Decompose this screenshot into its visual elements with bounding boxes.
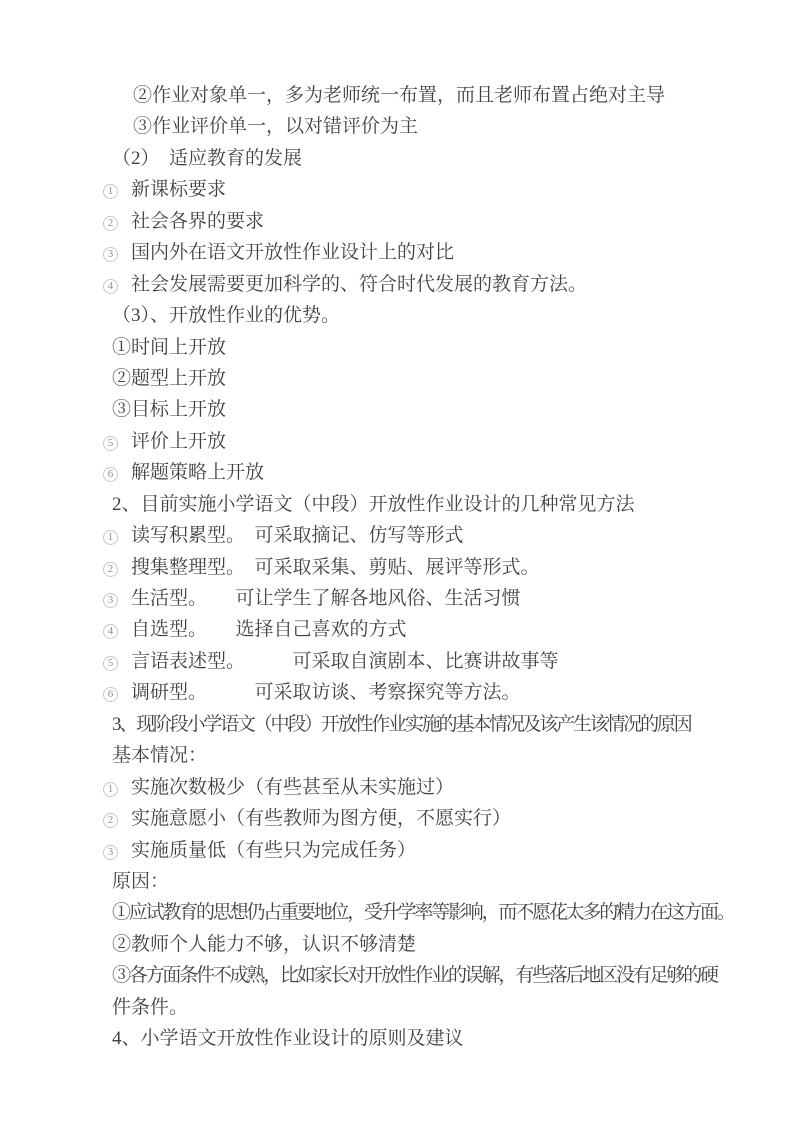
list-item-text: 搜集整理型。 可采取采集、剪贴、展评等形式。 xyxy=(131,557,540,578)
text-line: ②题型上开放 xyxy=(0,363,793,394)
list-item-line: 2搜集整理型。 可采取采集、剪贴、展评等形式。 xyxy=(0,552,793,583)
circled-number-marker: 6 xyxy=(103,467,118,482)
list-item-line: 3实施质量低（有些只为完成任务） xyxy=(0,835,793,866)
list-item-line: 5评价上开放 xyxy=(0,426,793,457)
list-item-text: 评价上开放 xyxy=(131,431,226,452)
list-item-text: 社会发展需要更加科学的、符合时代发展的教育方法。 xyxy=(131,274,587,295)
list-item-text: 实施意愿小（有些教师为图方便，不愿实行） xyxy=(131,808,511,829)
list-item-text: 新课标要求 xyxy=(131,179,226,200)
text-line: ③作业评价单一，以对错评价为主 xyxy=(0,111,793,142)
circled-number-marker: 2 xyxy=(103,562,118,577)
list-item-line: 6调研型。 可采取访谈、考察探究等方法。 xyxy=(0,677,793,708)
list-item-line: 5言语表述型。 可采取自演剧本、比赛讲故事等 xyxy=(0,646,793,677)
list-item-text: 生活型。 可让学生了解各地风俗、生活习惯 xyxy=(131,588,521,609)
circled-number-marker: 3 xyxy=(103,845,118,860)
text-line: ②作业对象单一，多为老师统一布置，而且老师布置占绝对主导 xyxy=(0,80,793,111)
list-item-text: 解题策略上开放 xyxy=(131,462,264,483)
text-line: 4、小学语文开放性作业设计的原则及建议 xyxy=(0,1023,793,1054)
list-item-text: 社会各界的要求 xyxy=(131,211,264,232)
circled-number-marker: 3 xyxy=(103,247,118,262)
document-page: ②作业对象单一，多为老师统一布置，而且老师布置占绝对主导③作业评价单一，以对错评… xyxy=(0,0,793,1122)
list-item-line: 2实施意愿小（有些教师为图方便，不愿实行） xyxy=(0,803,793,834)
text-line: 基本情况： xyxy=(0,740,793,771)
text-line: ③各方面条件不成熟，比如家长对开放性作业的误解，有些落后地区没有足够的硬 xyxy=(0,960,793,991)
list-item-text: 实施次数极少（有些甚至从未实施过） xyxy=(131,777,454,798)
text-line: 2、目前实施小学语文（中段）开放性作业设计的几种常见方法 xyxy=(0,489,793,520)
list-item-line: 1新课标要求 xyxy=(0,174,793,205)
text-line: ②教师个人能力不够，认识不够清楚 xyxy=(0,929,793,960)
text-line: （3）、开放性作业的优势。 xyxy=(0,300,793,331)
list-item-line: 1实施次数极少（有些甚至从未实施过） xyxy=(0,772,793,803)
text-line: ③目标上开放 xyxy=(0,394,793,425)
circled-number-marker: 1 xyxy=(103,184,118,199)
circled-number-marker: 3 xyxy=(103,593,118,608)
circled-number-marker: 1 xyxy=(103,530,118,545)
list-item-text: 读写积累型。 可采取摘记、仿写等形式 xyxy=(131,525,464,546)
circled-number-marker: 4 xyxy=(103,624,118,639)
circled-number-marker: 5 xyxy=(103,656,118,671)
text-line: 原因： xyxy=(0,866,793,897)
list-item-line: 6解题策略上开放 xyxy=(0,457,793,488)
circled-number-marker: 1 xyxy=(103,782,118,797)
list-item-text: 调研型。 可采取访谈、考察探究等方法。 xyxy=(131,682,521,703)
list-item-text: 自选型。 选择自己喜欢的方式 xyxy=(131,619,407,640)
circled-number-marker: 2 xyxy=(103,216,118,231)
circled-number-marker: 5 xyxy=(103,436,118,451)
list-item-line: 2社会各界的要求 xyxy=(0,206,793,237)
text-line: ①应试教育的思想仍占重要地位，受升学率等影响，而不愿花太多的精力在这方面。 xyxy=(0,897,793,928)
document-content: ②作业对象单一，多为老师统一布置，而且老师布置占绝对主导③作业评价单一，以对错评… xyxy=(0,80,793,1055)
text-line: ①时间上开放 xyxy=(0,332,793,363)
text-line: （2） 适应教育的发展 xyxy=(0,143,793,174)
text-line: 件条件。 xyxy=(0,992,793,1023)
text-line: 3、现阶段小学语文（中段）开放性作业实施的基本情况及该产生该情况的原因 xyxy=(0,709,793,740)
circled-number-marker: 6 xyxy=(103,687,118,702)
list-item-line: 4自选型。 选择自己喜欢的方式 xyxy=(0,614,793,645)
list-item-line: 3生活型。 可让学生了解各地风俗、生活习惯 xyxy=(0,583,793,614)
list-item-line: 3国内外在语文开放性作业设计上的对比 xyxy=(0,237,793,268)
list-item-text: 言语表述型。 可采取自演剧本、比赛讲故事等 xyxy=(131,651,559,672)
list-item-text: 国内外在语文开放性作业设计上的对比 xyxy=(131,242,454,263)
circled-number-marker: 4 xyxy=(103,279,118,294)
list-item-line: 1读写积累型。 可采取摘记、仿写等形式 xyxy=(0,520,793,551)
list-item-line: 4社会发展需要更加科学的、符合时代发展的教育方法。 xyxy=(0,269,793,300)
list-item-text: 实施质量低（有些只为完成任务） xyxy=(131,840,416,861)
circled-number-marker: 2 xyxy=(103,813,118,828)
